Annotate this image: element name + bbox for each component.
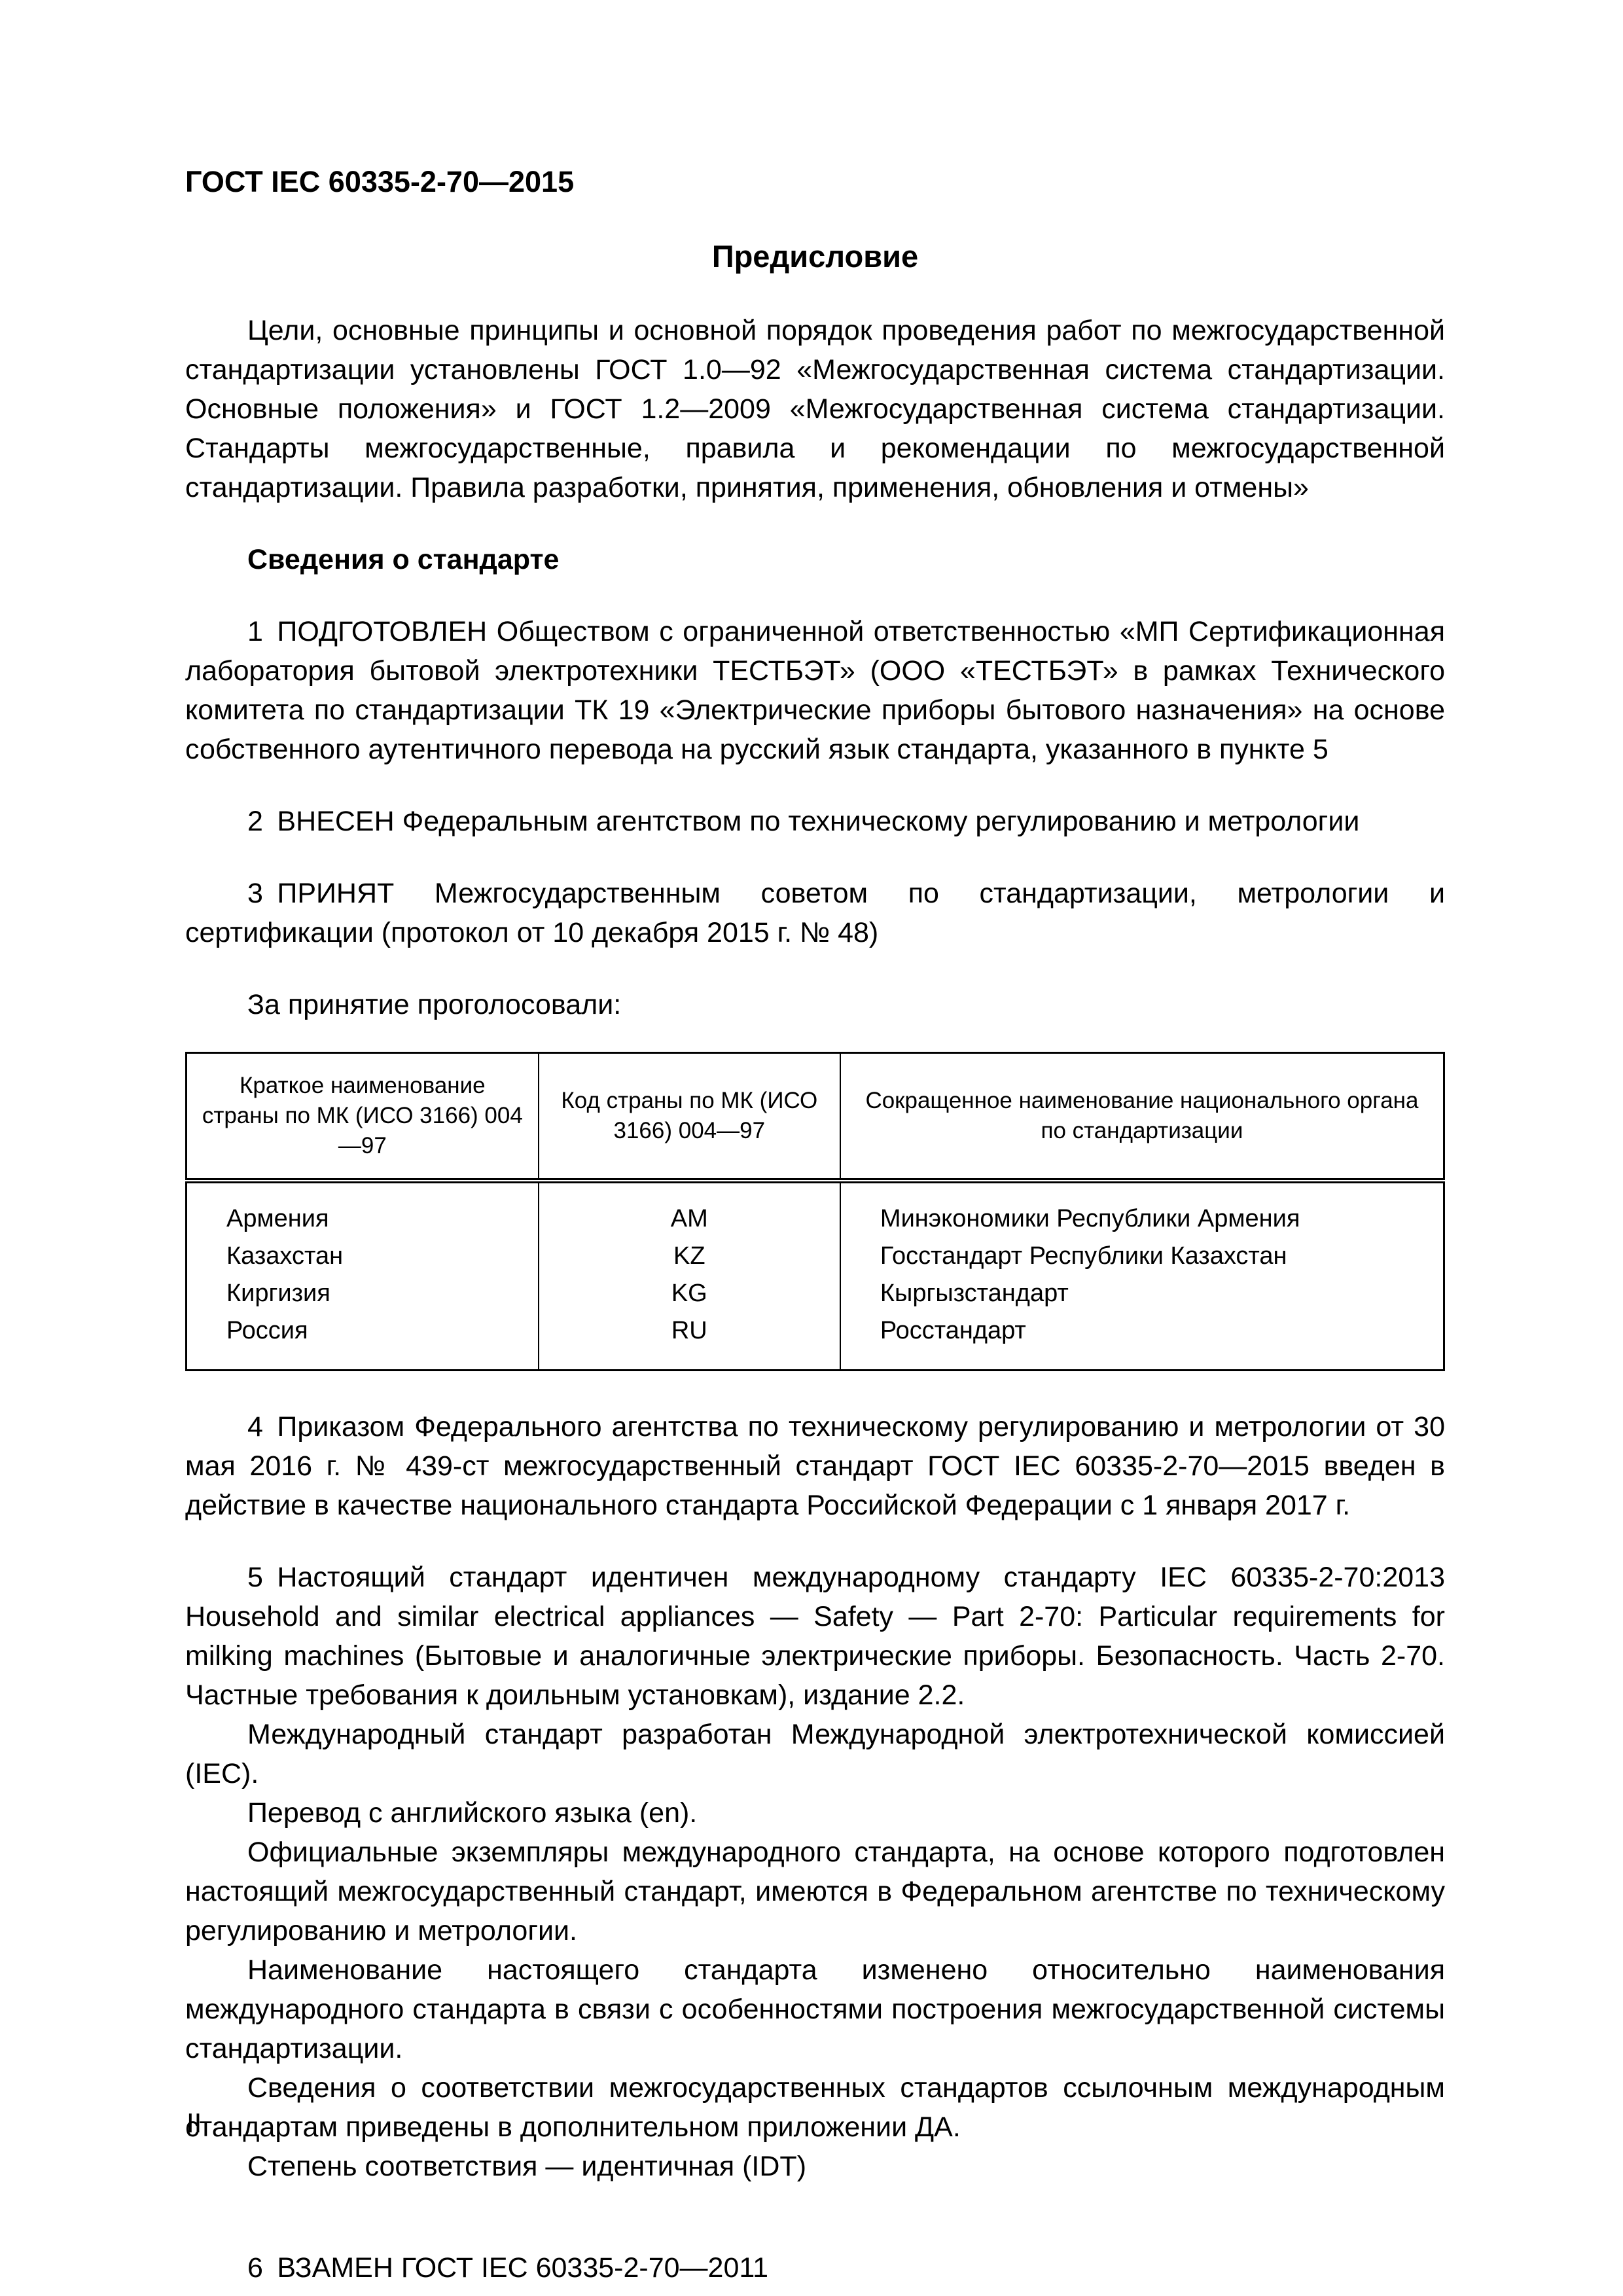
page-number: II [187,2108,202,2139]
cell-org: Госстандарт Республики Казахстан [840,1238,1444,1275]
item-5-correspondence: Сведения о соответствии межгосударственн… [185,2068,1445,2147]
doc-code-header: ГОСТ IEC 60335-2-70—2015 [185,164,1445,200]
page-title: Предисловие [185,238,1445,275]
item-5-official-copies: Официальные экземпляры международного ст… [185,1833,1445,1950]
cell-code: KZ [539,1238,840,1275]
section-heading: Сведения о стандарте [185,540,1445,579]
item-4-order: 4 Приказом Федерального агентства по тех… [185,1407,1445,1525]
cell-code: AM [539,1181,840,1238]
table-row: Армения AM Минэкономики Республики Армен… [187,1181,1444,1238]
col-header-code: Код страны по МК (ИСО 3166) 004—97 [539,1053,840,1181]
table-row: Казахстан KZ Госстандарт Республики Каза… [187,1238,1444,1275]
item-6-replaces: 6 ВЗАМЕН ГОСТ IEC 60335-2-70—2011 [185,2248,1445,2287]
cell-code: KG [539,1275,840,1312]
item-1-prepared: 1 ПОДГОТОВЛЕН Обществом с ограниченной о… [185,612,1445,769]
cell-org: Кыргызстандарт [840,1275,1444,1312]
cell-code: RU [539,1312,840,1371]
table-header-row: Краткое наименование страны по МК (ИСО 3… [187,1053,1444,1181]
item-2-submitted: 2 ВНЕСЕН Федеральным агентством по техни… [185,802,1445,841]
cell-country: Казахстан [187,1238,539,1275]
cell-country: Киргизия [187,1275,539,1312]
col-header-org: Сокращенное наименование национального о… [840,1053,1444,1181]
table-row: Россия RU Росстандарт [187,1312,1444,1371]
table-row: Киргизия KG Кыргызстандарт [187,1275,1444,1312]
col-header-country: Краткое наименование страны по МК (ИСО 3… [187,1053,539,1181]
item-5-conformity-degree: Степень соответствия — идентичная (IDT) [185,2147,1445,2186]
item-5-translation: Перевод с английского языка (en). [185,1793,1445,1833]
voting-lead: За принятие проголосовали: [185,985,1445,1024]
cell-org: Росстандарт [840,1312,1444,1371]
document-page: ГОСТ IEC 60335-2-70—2015 Предисловие Цел… [0,0,1623,2296]
item-3-adopted: 3 ПРИНЯТ Межгосударственным советом по с… [185,874,1445,952]
intro-paragraph: Цели, основные принципы и основной поряд… [185,311,1445,507]
item-5-developer: Международный стандарт разработан Междун… [185,1715,1445,1793]
voting-table: Краткое наименование страны по МК (ИСО 3… [185,1052,1445,1371]
cell-org: Минэкономики Республики Армения [840,1181,1444,1238]
item-5-identical: 5 Настоящий стандарт идентичен междунаро… [185,1558,1445,1715]
cell-country: Россия [187,1312,539,1371]
item-5-name-changed: Наименование настоящего стандарта измене… [185,1950,1445,2068]
cell-country: Армения [187,1181,539,1238]
